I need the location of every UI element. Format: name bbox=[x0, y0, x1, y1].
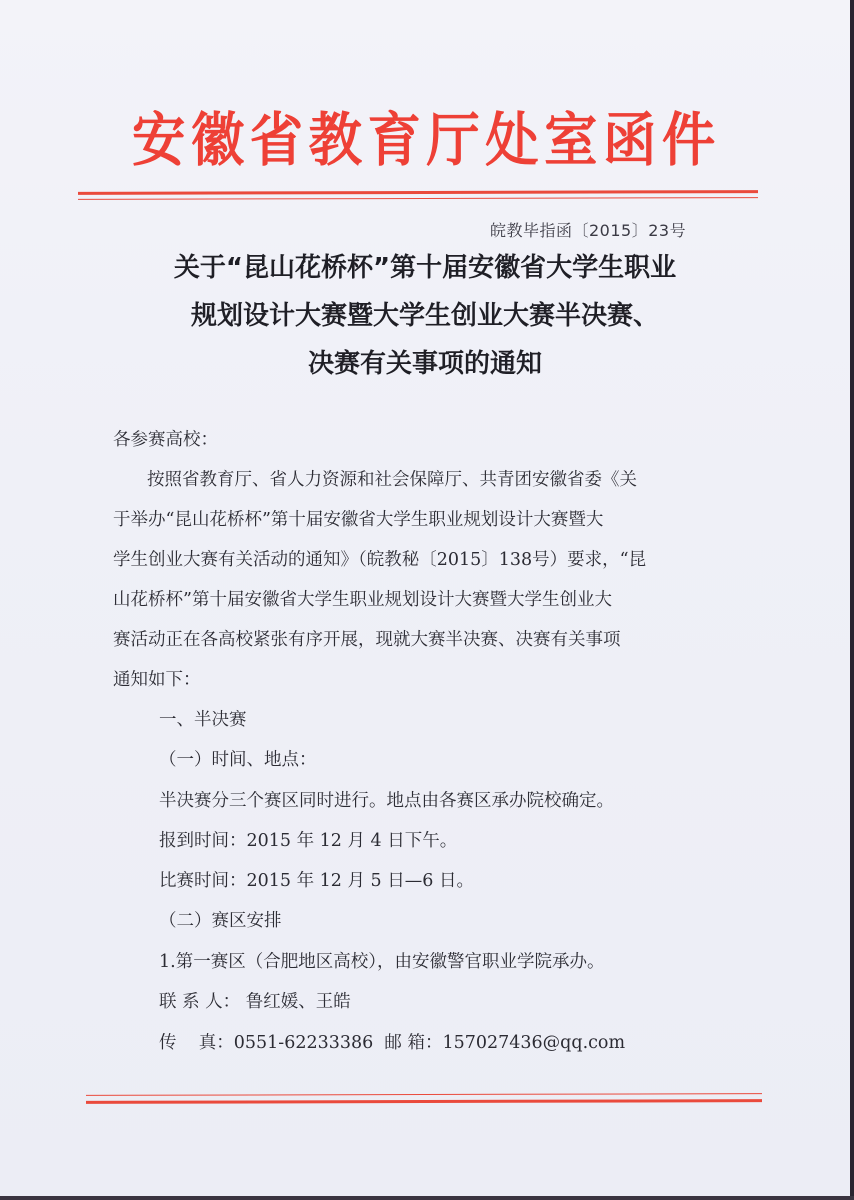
fax-email: 传 真：0551-62233386 邮 箱：157027436@qq.com bbox=[159, 1028, 625, 1058]
paragraph-line: 按照省教育厅、省人力资源和社会保障厅、共青团安徽省委《关 bbox=[147, 465, 637, 495]
letterhead-rule-thin bbox=[78, 197, 758, 200]
paragraph-line: 学生创业大赛有关活动的通知》（皖教秘〔2015〕138号）要求，“昆 bbox=[113, 545, 646, 575]
paragraph-line: 赛活动正在各高校紧张有序开展，现就大赛半决赛、决赛有关事项 bbox=[113, 625, 621, 655]
scan-edge-right bbox=[850, 0, 854, 1200]
paragraph-line: 通知如下： bbox=[113, 665, 201, 695]
location-note: 半决赛分三个赛区同时进行。地点由各赛区承办院校确定。 bbox=[159, 786, 614, 816]
contact-persons: 联 系 人： 鲁红媛、王皓 bbox=[159, 987, 351, 1017]
footer-rule-thick bbox=[86, 1099, 762, 1104]
notice-title-line: 决赛有关事项的通知 bbox=[100, 340, 750, 388]
competition-time: 比赛时间：2015 年 12 月 5 日—6 日。 bbox=[159, 866, 474, 896]
notice-title-line: 关于“昆山花桥杯”第十届安徽省大学生职业 bbox=[100, 244, 750, 292]
salutation: 各参赛高校： bbox=[113, 425, 218, 455]
registration-time: 报到时间：2015 年 12 月 4 日下午。 bbox=[159, 826, 457, 856]
zone-arrangement: 1.第一赛区（合肥地区高校），由安徽警官职业学院承办。 bbox=[159, 947, 604, 977]
section-heading: 一、半决赛 bbox=[159, 705, 247, 735]
notice-title-line: 规划设计大赛暨大学生创业大赛半决赛、 bbox=[100, 292, 750, 340]
notice-title: 关于“昆山花桥杯”第十届安徽省大学生职业 规划设计大赛暨大学生创业大赛半决赛、 … bbox=[100, 244, 750, 388]
paragraph-line: 山花桥杯”第十届安徽省大学生职业规划设计大赛暨大学生创业大 bbox=[113, 585, 612, 615]
document-page: 安徽省教育厅处室函件 皖教毕指函〔2015〕23号 关于“昆山花桥杯”第十届安徽… bbox=[0, 0, 850, 1196]
subsection-heading: （二）赛区安排 bbox=[159, 906, 282, 936]
letterhead-rule-thick bbox=[78, 190, 758, 195]
paragraph-line: 于举办“昆山花桥杯”第十届安徽省大学生职业规划设计大赛暨大 bbox=[113, 505, 603, 535]
scan-edge-bottom bbox=[0, 1196, 854, 1200]
subsection-heading: （一）时间、地点： bbox=[159, 745, 317, 775]
letterhead-title: 安徽省教育厅处室函件 bbox=[132, 100, 684, 180]
footer-rule-thin bbox=[86, 1093, 762, 1096]
document-number: 皖教毕指函〔2015〕23号 bbox=[490, 218, 686, 241]
